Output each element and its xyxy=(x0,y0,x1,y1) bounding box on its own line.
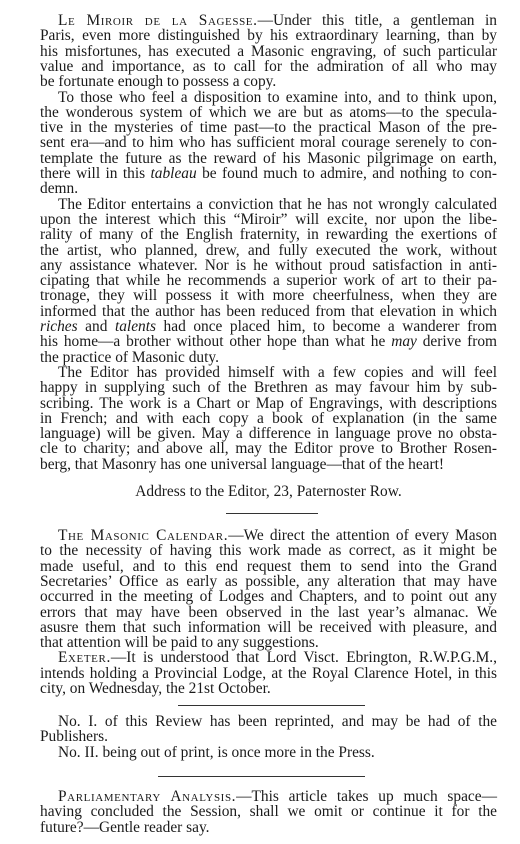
text-line: sent era—and to him who has sufficient m… xyxy=(40,135,497,151)
text-line: his home—a brother without other hope th… xyxy=(40,334,497,350)
text-line: No. I. of this Review has been reprinted… xyxy=(58,714,497,730)
text-line: rality of many of the English fraternity… xyxy=(40,227,497,243)
text-line: No. II. being out of print, is once more… xyxy=(58,745,497,761)
text-line: Paris, even more distinguished by his ex… xyxy=(40,28,497,44)
text-line: having concluded the Session, shall we o… xyxy=(40,804,497,820)
text-line: happy in supplying such of the Brethren … xyxy=(40,380,497,396)
section-divider xyxy=(178,705,365,706)
text-line: berg, that Masonry has one universal lan… xyxy=(40,457,497,473)
section-divider xyxy=(158,776,365,777)
text-line: city, on Wednesday, the 21st October. xyxy=(40,681,497,697)
section-heading: Exeter. xyxy=(58,649,111,666)
text-line: future?—Gentle reader say. xyxy=(40,820,497,836)
text-line: occurred in the meeting of Lodges and Ch… xyxy=(40,589,497,605)
document-page: Le Miroir de la Sagesse.—Under this titl… xyxy=(0,0,520,844)
text-line: demn. xyxy=(40,181,497,197)
text-line: be fortunate enough to possess a copy. xyxy=(40,74,497,90)
section-divider xyxy=(226,513,318,514)
text-line: Publishers. xyxy=(40,729,497,745)
text-line: there will in this tableau be found much… xyxy=(40,166,497,182)
text-line: Exeter.—It is understood that Lord Visct… xyxy=(58,650,497,666)
text-line: tronage, they will possess it with more … xyxy=(40,288,497,304)
editor-address: Address to the Editor, 23, Paternoster R… xyxy=(40,484,497,500)
text-line: cle to charity; and above all, may the E… xyxy=(40,441,497,457)
text-line: to the necessity of having this work mad… xyxy=(40,543,497,559)
